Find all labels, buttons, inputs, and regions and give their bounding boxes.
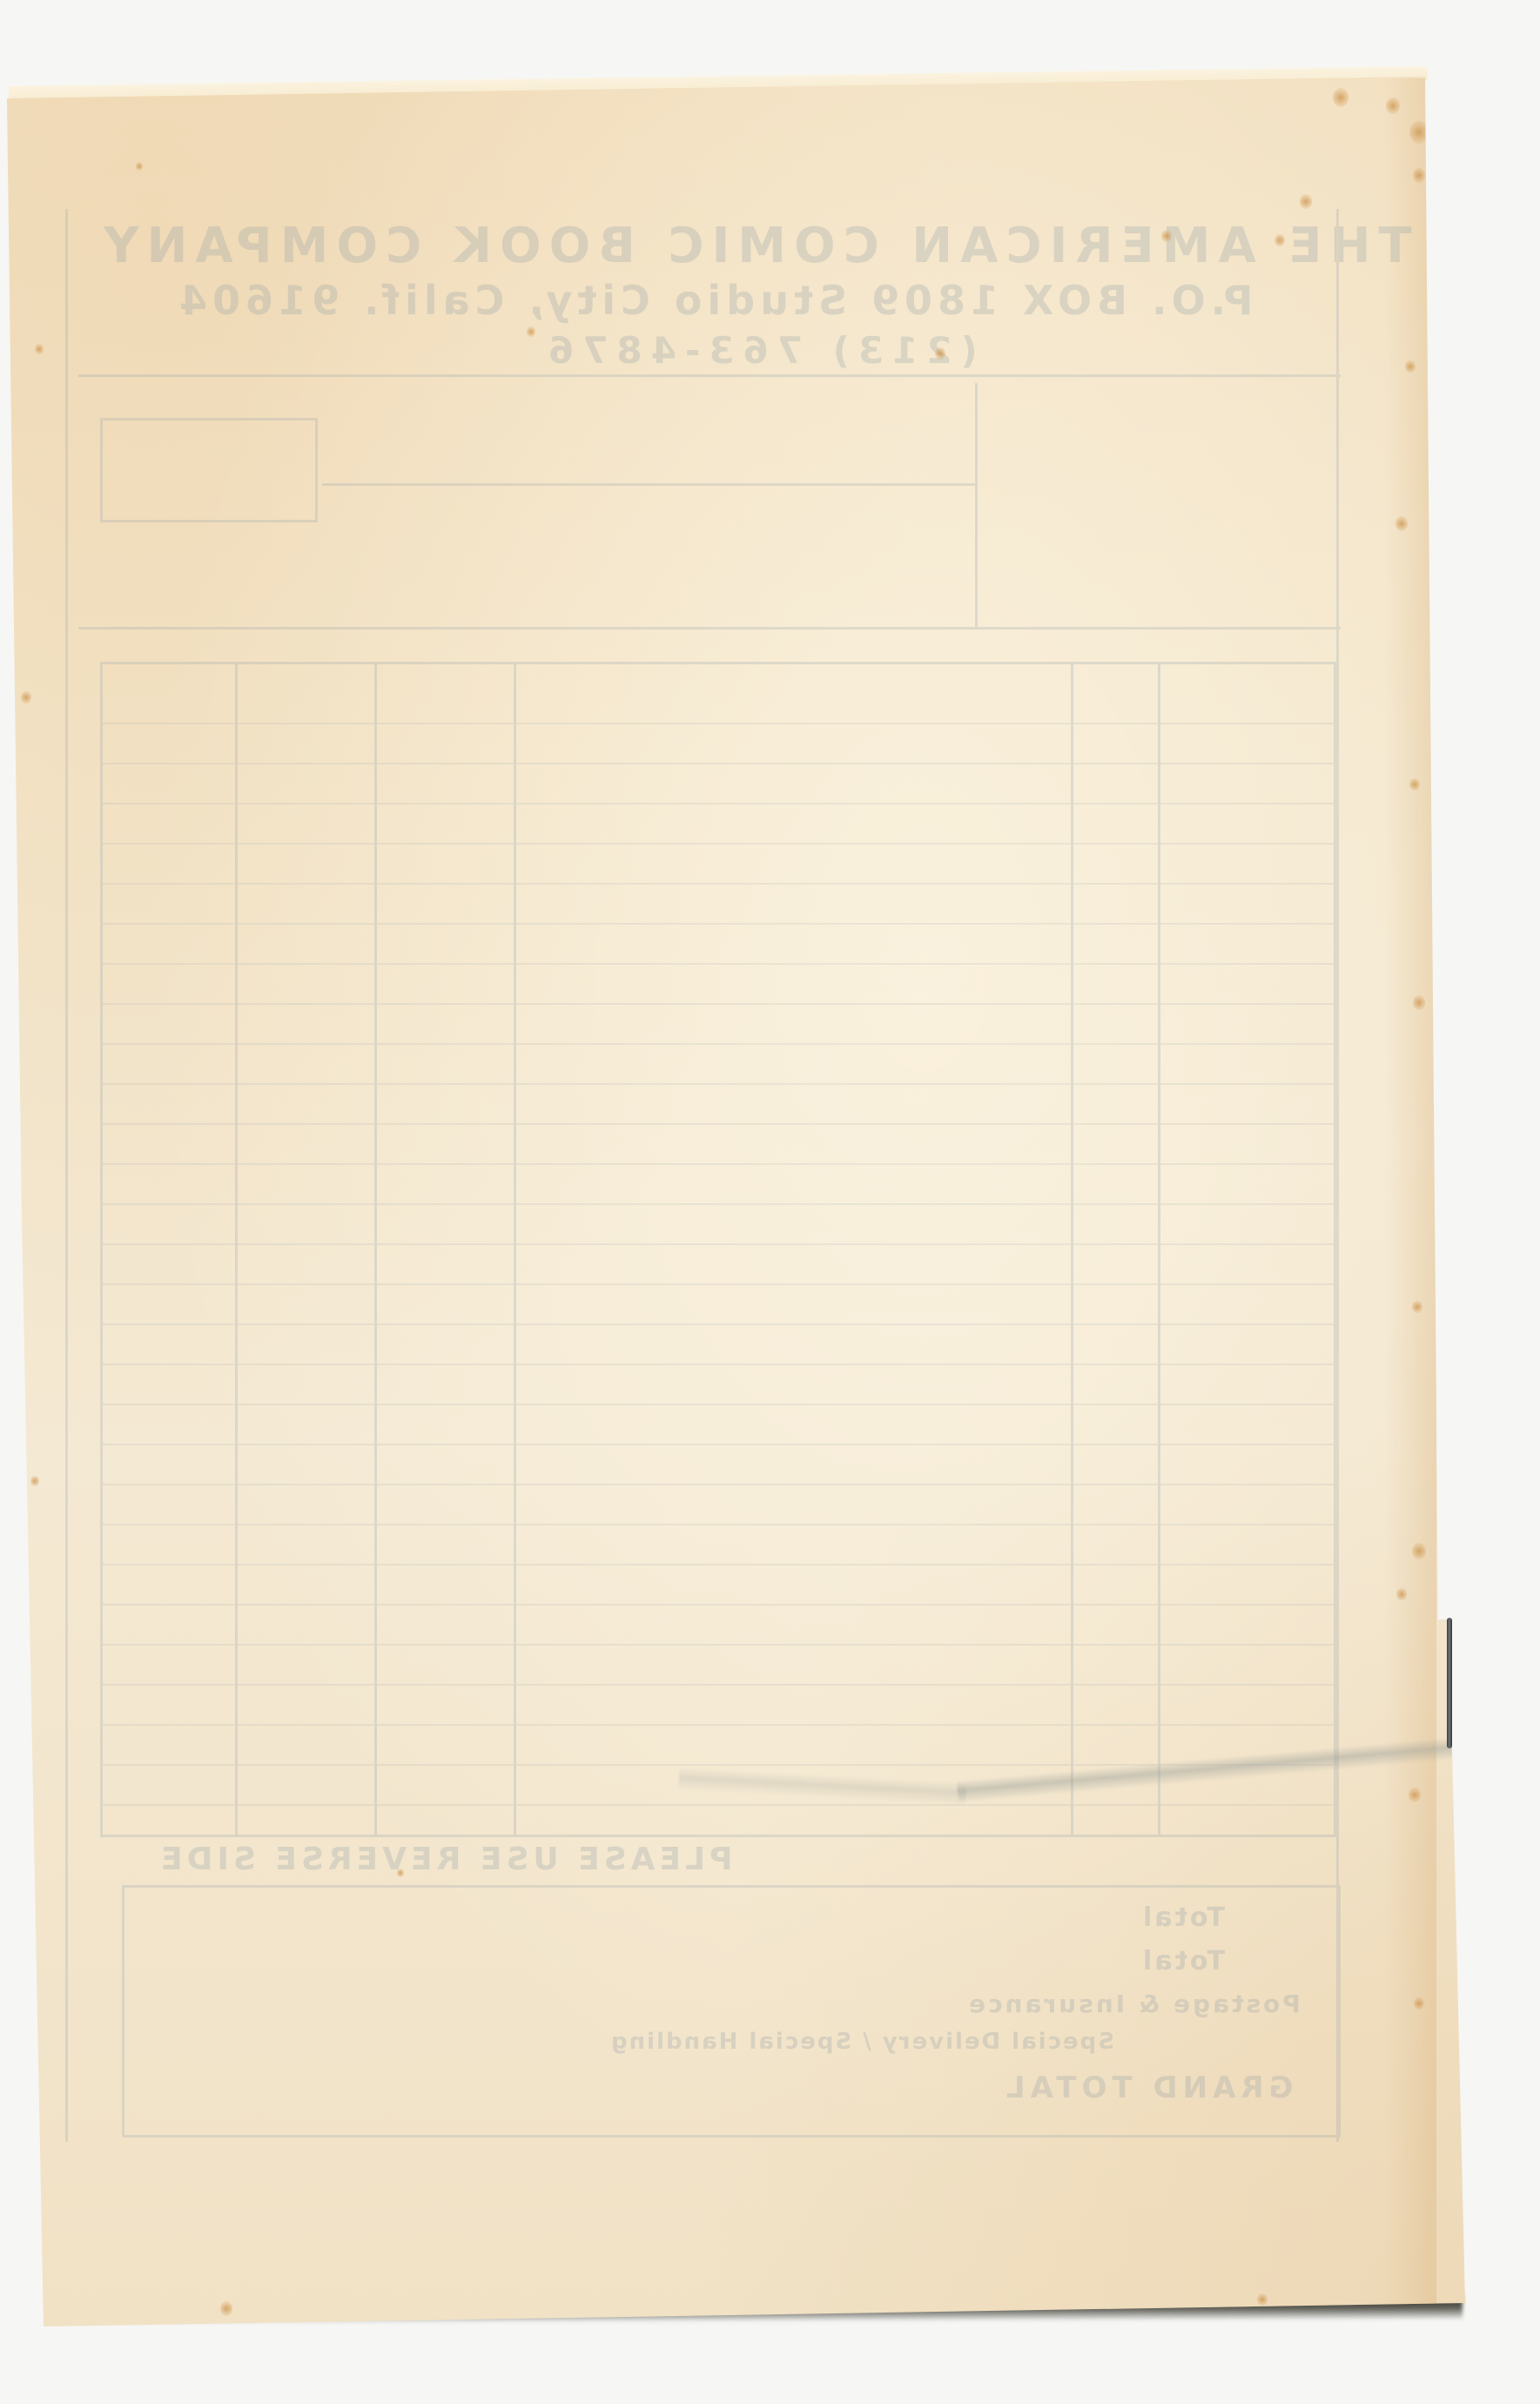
foxing-spot — [136, 162, 143, 171]
show-through-row-line — [100, 1684, 1336, 1686]
show-through-frame-left — [65, 209, 68, 2142]
show-through-row-line — [100, 1604, 1336, 1606]
foxing-spot — [220, 2301, 232, 2316]
show-through-row-line — [100, 923, 1336, 925]
show-through-header-line-1: THE AMERICAN COMIC BOOK COMPANY — [96, 218, 1412, 274]
show-through-table — [100, 662, 1336, 1837]
show-through-row-line — [100, 1243, 1336, 1245]
show-through-row-line — [100, 883, 1336, 885]
foxing-spot — [1395, 516, 1408, 531]
show-through-rule — [78, 374, 1341, 377]
show-through-rule — [322, 483, 975, 486]
show-through-col — [1158, 662, 1160, 1837]
show-through-row-line — [100, 1083, 1336, 1085]
foxing-spot — [1409, 121, 1429, 144]
show-through-row-line — [100, 1724, 1336, 1726]
show-through-frame-right — [1336, 209, 1339, 2142]
show-through-form-heading: PLEASE USE REVERSE SIDE — [157, 1842, 732, 1877]
show-through-row-line — [100, 723, 1336, 724]
foxing-spot — [35, 344, 44, 354]
foxing-spot — [397, 1869, 404, 1877]
show-through-form-line: GRAND TOTAL — [1001, 2071, 1294, 2105]
show-through-row-line — [100, 963, 1336, 965]
show-through-row-line — [100, 1804, 1336, 1806]
show-through-row-line — [100, 1163, 1336, 1165]
show-through-row-line — [100, 1203, 1336, 1205]
show-through-row-line — [100, 1564, 1336, 1566]
show-through-row-line — [100, 1283, 1336, 1285]
show-through-row-line — [100, 1364, 1336, 1365]
show-through-form-line: Special Delivery / Special Handling — [609, 2029, 1114, 2055]
show-through-row-line — [100, 763, 1336, 764]
foxing-spot — [1412, 1543, 1426, 1559]
show-through-form-line: Postage & Insurance — [966, 1990, 1301, 2018]
show-through-row-line — [100, 1404, 1336, 1405]
show-through-row-line — [100, 1644, 1336, 1646]
show-through-rule — [78, 627, 1341, 630]
foxing-spot — [1409, 1788, 1421, 1802]
show-through-header-line-3: (213) 763-4876 — [540, 329, 978, 372]
show-through-row-line — [100, 1043, 1336, 1045]
foxing-spot — [1300, 194, 1312, 209]
foxing-spot — [1413, 168, 1425, 183]
show-through-row-line — [100, 803, 1336, 805]
show-through-box — [100, 418, 318, 522]
show-through-row-line — [100, 1003, 1336, 1005]
show-through-form-line: Total — [1140, 1946, 1225, 1976]
show-through-layer: THE AMERICAN COMIC BOOK COMPANY P.O. BOX… — [0, 0, 1540, 2404]
show-through-row-line — [100, 1123, 1336, 1125]
show-through-row-line — [100, 1444, 1336, 1445]
show-through-row-line — [100, 1484, 1336, 1485]
show-through-row-line — [100, 843, 1336, 845]
show-through-header-line-2: P.O. BOX 1809 Studio City, Calif. 91604 — [174, 277, 1253, 324]
foxing-spot — [527, 327, 535, 337]
show-through-col — [1071, 662, 1073, 1837]
show-through-col — [235, 662, 238, 1837]
show-through-row-line — [100, 1323, 1336, 1325]
scan-background: THE AMERICAN COMIC BOOK COMPANY P.O. BOX… — [0, 0, 1540, 2404]
show-through-col — [374, 662, 377, 1837]
show-through-col — [514, 662, 516, 1837]
foxing-spot — [1413, 995, 1425, 1010]
staple — [1447, 1618, 1452, 1748]
show-through-rule — [975, 383, 978, 627]
back-cover-page: THE AMERICAN COMIC BOOK COMPANY P.O. BOX… — [0, 0, 1540, 2404]
foxing-spot — [1386, 98, 1400, 114]
show-through-row-line — [100, 1524, 1336, 1525]
show-through-form-line: Total — [1140, 1902, 1225, 1933]
foxing-spot — [1333, 88, 1348, 107]
foxing-spot — [30, 1476, 39, 1486]
